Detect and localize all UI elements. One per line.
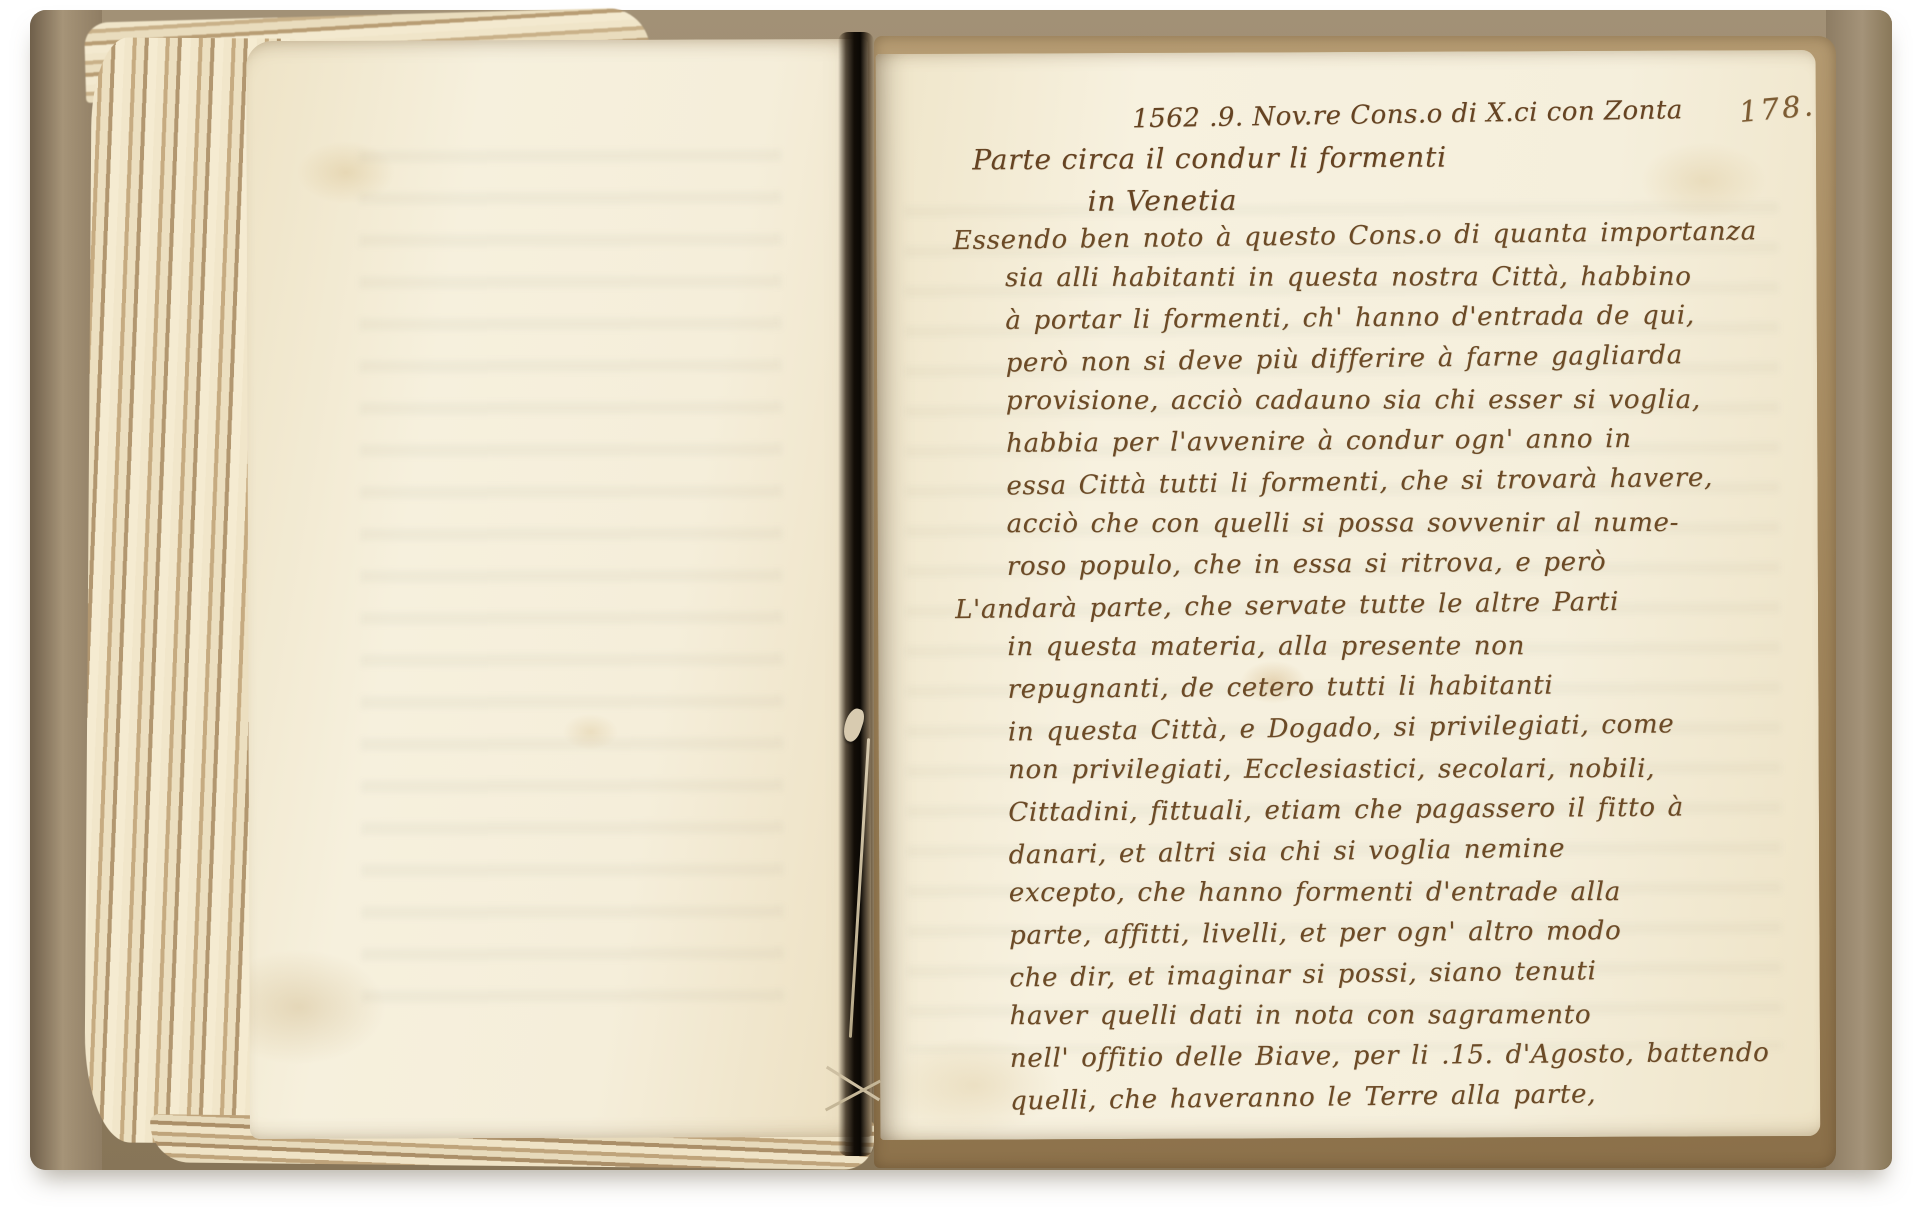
left-blank-page — [246, 39, 872, 1139]
manuscript-photograph: 178. 1562 .9. Nov.re Cons.o di X.ci con … — [0, 0, 1920, 1213]
binding-gutter — [838, 32, 874, 1156]
right-manuscript-page — [876, 50, 1821, 1140]
open-manuscript-book: 178. 1562 .9. Nov.re Cons.o di X.ci con … — [30, 10, 1892, 1170]
